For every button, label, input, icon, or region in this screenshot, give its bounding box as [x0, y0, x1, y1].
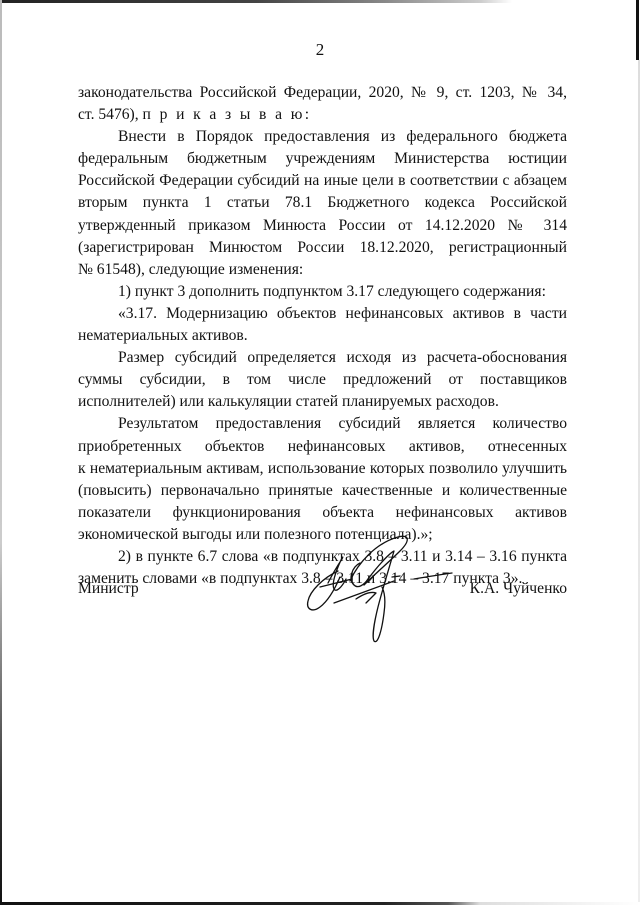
- text-line: ст. 5476), п р и к а з ы в а ю:: [78, 104, 567, 126]
- text-line: нематериальных активов.: [78, 325, 567, 347]
- handwritten-signature-icon: [298, 533, 458, 649]
- text-line: вторым пункта 1 статьи 78.1 Бюджетного к…: [78, 192, 567, 214]
- text-line: Внести в Порядок предоставления из федер…: [78, 126, 567, 148]
- text-line: 1) пункт 3 дополнить подпунктом 3.17 сле…: [78, 281, 567, 303]
- signer-name: К.А. Чуйченко: [470, 578, 567, 600]
- signer-title: Министр: [78, 578, 139, 600]
- document-page: 2 законодательства Российской Федерации,…: [0, 0, 640, 905]
- text-line: суммы субсидии, в том числе предложений …: [78, 369, 567, 391]
- text-line: (повысить) первоначально принятые качест…: [78, 480, 567, 502]
- text-line: исполнителей) или калькуляции статей пла…: [78, 391, 567, 413]
- text-line: федеральным бюджетным учреждениям Минист…: [78, 148, 567, 170]
- text-line: законодательства Российской Федерации, 2…: [78, 82, 567, 104]
- text-line: № 61548), следующие изменения:: [78, 259, 567, 281]
- text-line: приобретенных объектов нефинансовых акти…: [78, 436, 567, 458]
- text-line: Российской Федерации субсидий на иные це…: [78, 170, 567, 192]
- order-body-text: законодательства Российской Федерации, 2…: [78, 82, 567, 590]
- text-line: Размер субсидий определяется исходя из р…: [78, 347, 567, 369]
- scan-edge-top: [0, 0, 640, 3]
- text-fragment: ст. 5476),: [78, 106, 143, 123]
- text-line: «3.17. Модернизацию объектов нефинансовы…: [78, 303, 567, 325]
- text-fragment: :: [305, 106, 309, 123]
- text-line: показатели функционирования объекта нефи…: [78, 502, 567, 524]
- page-number: 2: [0, 39, 640, 61]
- text-line: Результатом предоставления субсидий явля…: [78, 413, 567, 435]
- order-keyword: п р и к а з ы в а ю: [143, 106, 305, 123]
- text-line: (зарегистрирован Минюстом России 18.12.2…: [78, 237, 567, 259]
- text-line: утвержденный приказом Минюста России от …: [78, 215, 567, 237]
- scan-edge-left: [0, 0, 2, 905]
- text-line: к нематериальным активам, использование …: [78, 458, 567, 480]
